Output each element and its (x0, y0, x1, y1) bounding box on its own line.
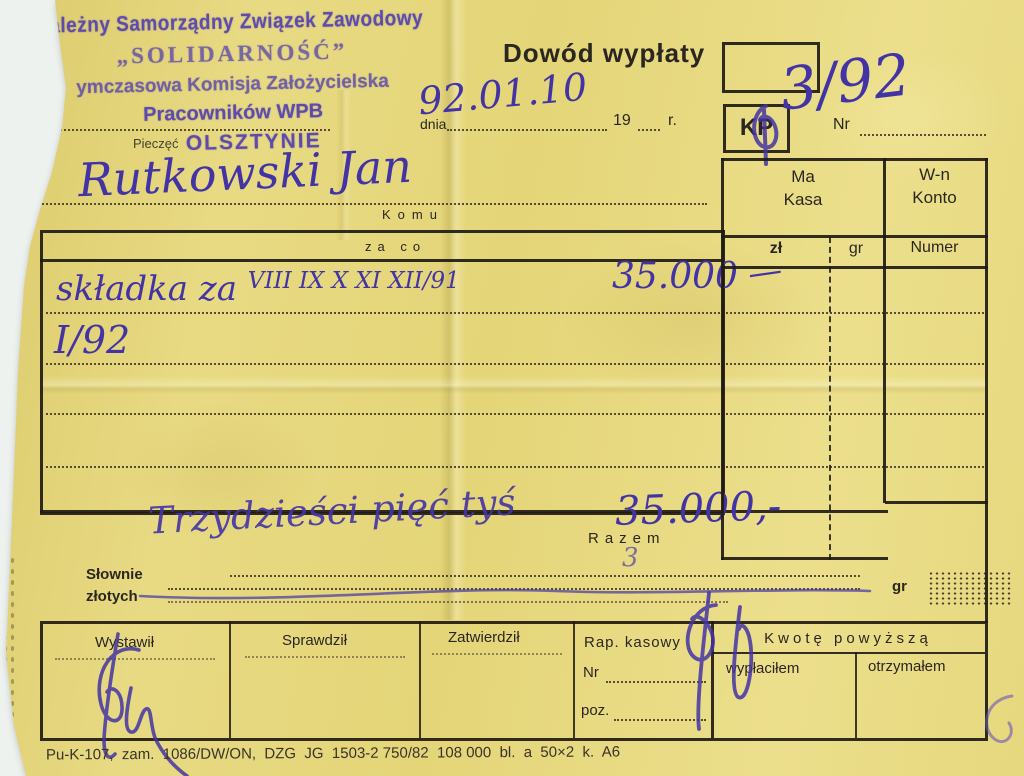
table-kasa-konto-divider (883, 158, 886, 503)
sprawdzil-label: Sprawdził (282, 632, 347, 649)
numer-column-bottom-line (885, 501, 988, 504)
table-zl-gr-divider (829, 237, 831, 560)
signature-divider (573, 621, 575, 738)
slownie-dotted-line (230, 575, 860, 577)
table-right-border (985, 158, 988, 623)
col-ma-label: Ma (723, 167, 883, 187)
handwritten-amount-total: 35.000,- (614, 483, 782, 535)
col-konto-label: Konto (883, 188, 986, 208)
organization-stamp: zależny Samorządny Związek Zawodowy „SOL… (9, 7, 457, 159)
table-top-line (721, 158, 988, 161)
row-dotted-line (46, 413, 984, 415)
zatwierdzil-label: Zatwierdził (448, 629, 520, 646)
row-dotted-line (46, 363, 984, 365)
komu-label: Komu (382, 207, 444, 222)
ink-mark-corner (972, 688, 1020, 750)
handwritten-description: składka za VIII IX X XI XII/91 (56, 268, 460, 309)
stamp-line-union-name: zależny Samorządny Związek Zawodowy (9, 6, 454, 40)
receipt-paper: zależny Samorządny Związek Zawodowy „SOL… (0, 0, 1024, 776)
document-title: Dowód wypłaty (503, 38, 705, 69)
row-dotted-line (46, 312, 984, 314)
zatwierdzil-dash-line (432, 653, 562, 655)
print-code: Pu-K-107, zam. 1086/DW/ON, DZG JG 1503-2… (46, 743, 620, 763)
table-header-line (721, 235, 988, 238)
gr-small-label: gr (892, 578, 907, 595)
za-co-label: za co (365, 239, 426, 254)
rap-nr-label: Nr (583, 664, 599, 681)
handwritten-doc-number: 3/92 (776, 40, 914, 123)
desc-months-text: VIII IX X XI XII/91 (248, 268, 460, 294)
handwritten-amount-line1: 35.000 (612, 256, 738, 297)
signature-rap-kasowy (652, 585, 787, 737)
handwritten-stray-digit: 3 (622, 543, 639, 573)
kwota-subdivider (855, 652, 857, 738)
year-suffix: r. (668, 112, 677, 130)
zl-gr-bottom-line (721, 557, 888, 560)
paper-shadow: zależny Samorządny Związek Zawodowy „SOL… (0, 0, 1024, 776)
scan-background: zależny Samorządny Związek Zawodowy „SOL… (0, 0, 1024, 776)
table-left-border (721, 158, 724, 560)
otrzymalem-label: otrzymałem (868, 658, 946, 675)
col-wn-label: W-n (883, 165, 986, 185)
nr-label: Nr (833, 116, 850, 134)
signature-divider (419, 621, 421, 738)
col-gr-label: gr (829, 240, 883, 258)
stamp-dotted-line (55, 129, 330, 131)
stamp-line-solidarnosc: „SOLIDARNOŚĆ” (9, 36, 454, 71)
stamp-line-committee: ymczasowa Komisja Założycielska (10, 69, 455, 100)
col-zl-label: zł (723, 240, 829, 258)
col-kasa-label: Kasa (723, 190, 883, 210)
torn-edge-marks (2, 555, 14, 773)
date-dotted-line (447, 129, 607, 131)
zlotych-label: złotych (86, 588, 138, 605)
rap-poz-label: poz. (581, 702, 609, 719)
signature-divider (229, 621, 231, 738)
gr-hatched-box (928, 571, 1012, 606)
row-dotted-line (46, 466, 984, 468)
stamp-line-employer: Pracowników WPB (10, 97, 455, 129)
desc-main-text: składka za (56, 269, 237, 309)
year-dotted-line (638, 129, 660, 131)
col-numer-label: Numer (883, 239, 986, 257)
year-prefix: 19 (613, 112, 631, 130)
nr-dotted-line (860, 134, 986, 136)
table-subheader-line (721, 266, 988, 269)
sprawdzil-dash-line (245, 656, 405, 658)
handwritten-desc-line2: I/92 (54, 318, 130, 362)
